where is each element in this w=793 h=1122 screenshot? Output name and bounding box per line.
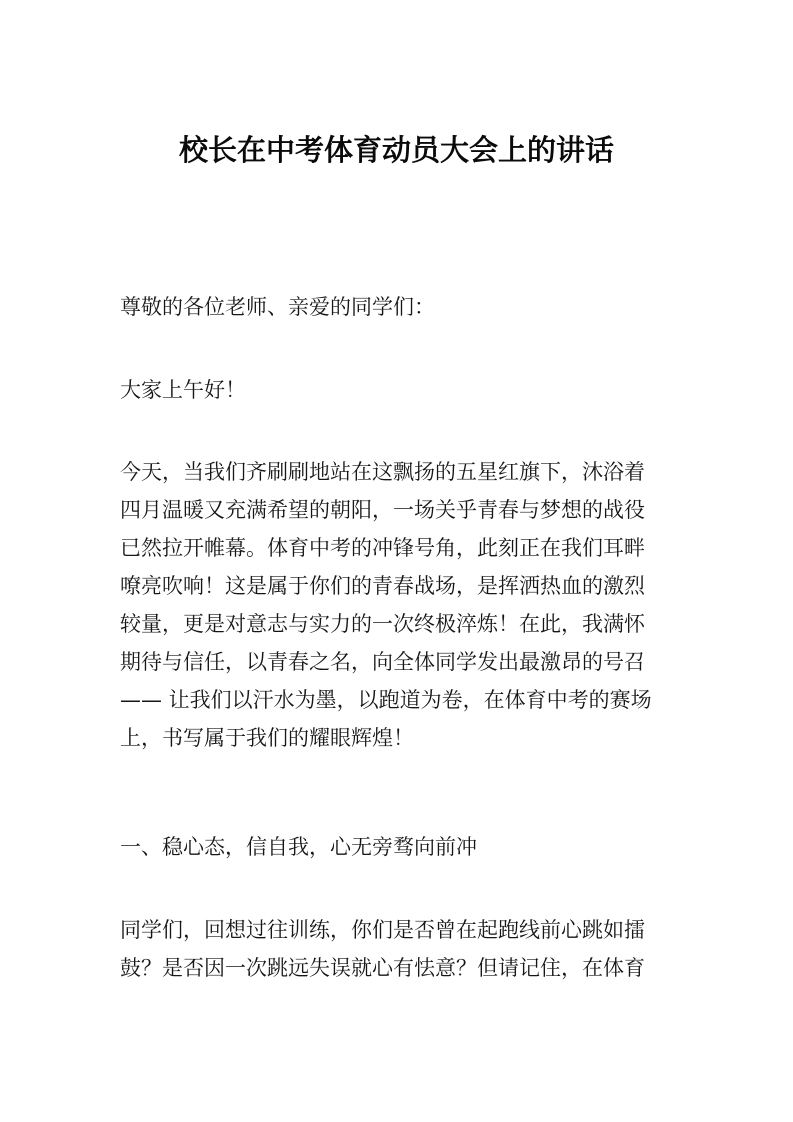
paragraph-line: 已然拉开帷幕。体育中考的冲锋号角，此刻正在我们耳畔 — [120, 533, 680, 563]
salutation: 尊敬的各位老师、亲爱的同学们： — [120, 292, 680, 322]
greeting: 大家上午好！ — [120, 375, 680, 405]
paragraph-line: 上，书写属于我们的耀眼辉煌！ — [120, 723, 680, 753]
section-heading: 一、稳心态，信自我，心无旁骛向前冲 — [120, 832, 680, 862]
paragraph-line: 同学们，回想过往训练，你们是否曾在起跑线前心跳如擂 — [120, 915, 680, 945]
paragraph-line: 今天，当我们齐刷刷地站在这飘扬的五星红旗下，沐浴着 — [120, 457, 680, 487]
paragraph-line: 较量，更是对意志与实力的一次终极淬炼！在此，我满怀 — [120, 609, 680, 639]
paragraph-line: 期待与信任，以青春之名，向全体同学发出最激昂的号召 — [120, 647, 680, 677]
document-title: 校长在中考体育动员大会上的讲话 — [0, 130, 793, 170]
paragraph-line: 嘹亮吹响！这是属于你们的青春战场，是挥洒热血的激烈 — [120, 571, 680, 601]
document-page: 校长在中考体育动员大会上的讲话 尊敬的各位老师、亲爱的同学们： 大家上午好！ 今… — [0, 0, 793, 1122]
paragraph-line: 四月温暖又充满希望的朝阳，一场关乎青春与梦想的战役 — [120, 495, 680, 525]
paragraph-line: 鼓？是否因一次跳远失误就心有怯意？但请记住，在体育 — [120, 953, 680, 983]
paragraph-line: —— 让我们以汗水为墨，以跑道为卷，在体育中考的赛场 — [120, 685, 680, 715]
